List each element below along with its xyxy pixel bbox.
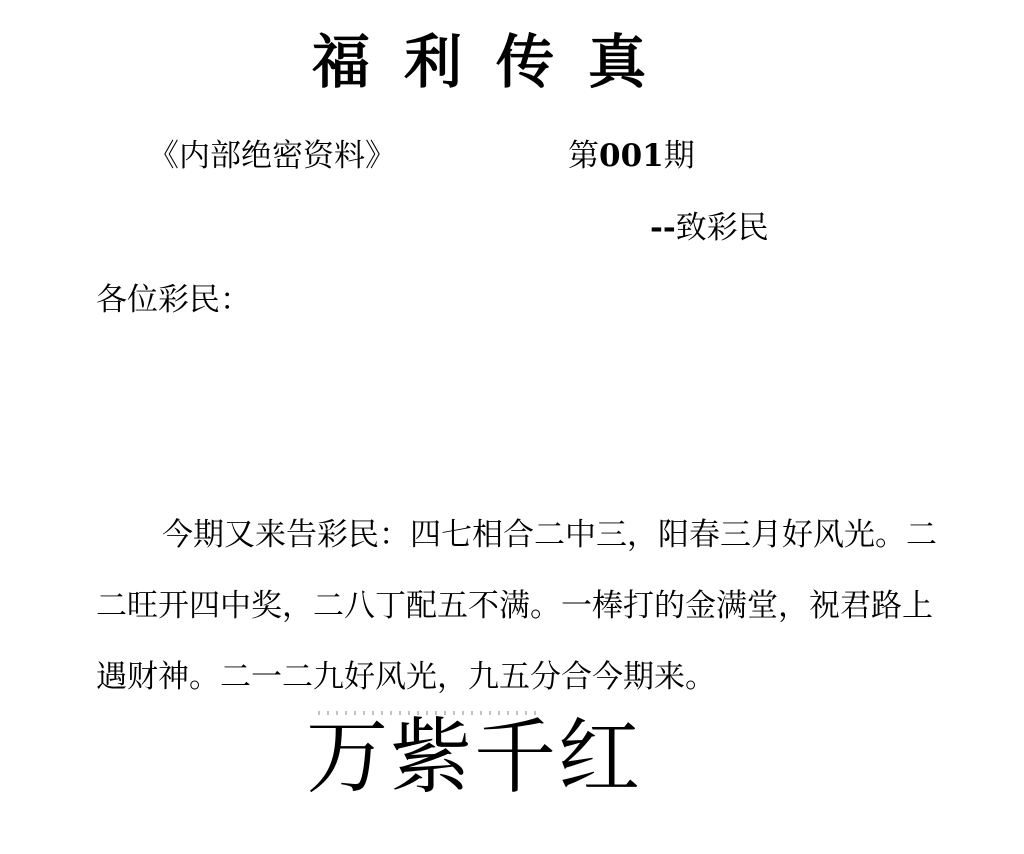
body-line-2: 二旺开四中奖，二八丁配五不满。一棒打的金满堂，祝君路上 (96, 571, 986, 642)
issue-number-value: 001 (599, 138, 664, 174)
addressee-dash: -- (650, 210, 676, 246)
confidential-label: 《内部绝密资料》 (148, 134, 396, 178)
addressee-text: 致彩民 (676, 210, 769, 246)
body-line-3: 遇财神。二一二九好风光，九五分合今期来。 (96, 642, 986, 713)
body-paragraph: 今期又来告彩民：四七相合二中三，阳春三月好风光。二 二旺开四中奖，二八丁配五不满… (96, 500, 986, 713)
addressee-line: --致彩民 (650, 206, 769, 250)
issue-number: 第001期 (568, 134, 695, 178)
slogan: 万紫千红 (306, 712, 642, 804)
issue-prefix: 第 (568, 138, 599, 174)
document-title: 福利传真 (312, 26, 680, 98)
issue-suffix: 期 (664, 138, 695, 174)
body-line-1: 今期又来告彩民：四七相合二中三，阳春三月好风光。二 (96, 500, 986, 571)
salutation: 各位彩民： (96, 278, 251, 322)
